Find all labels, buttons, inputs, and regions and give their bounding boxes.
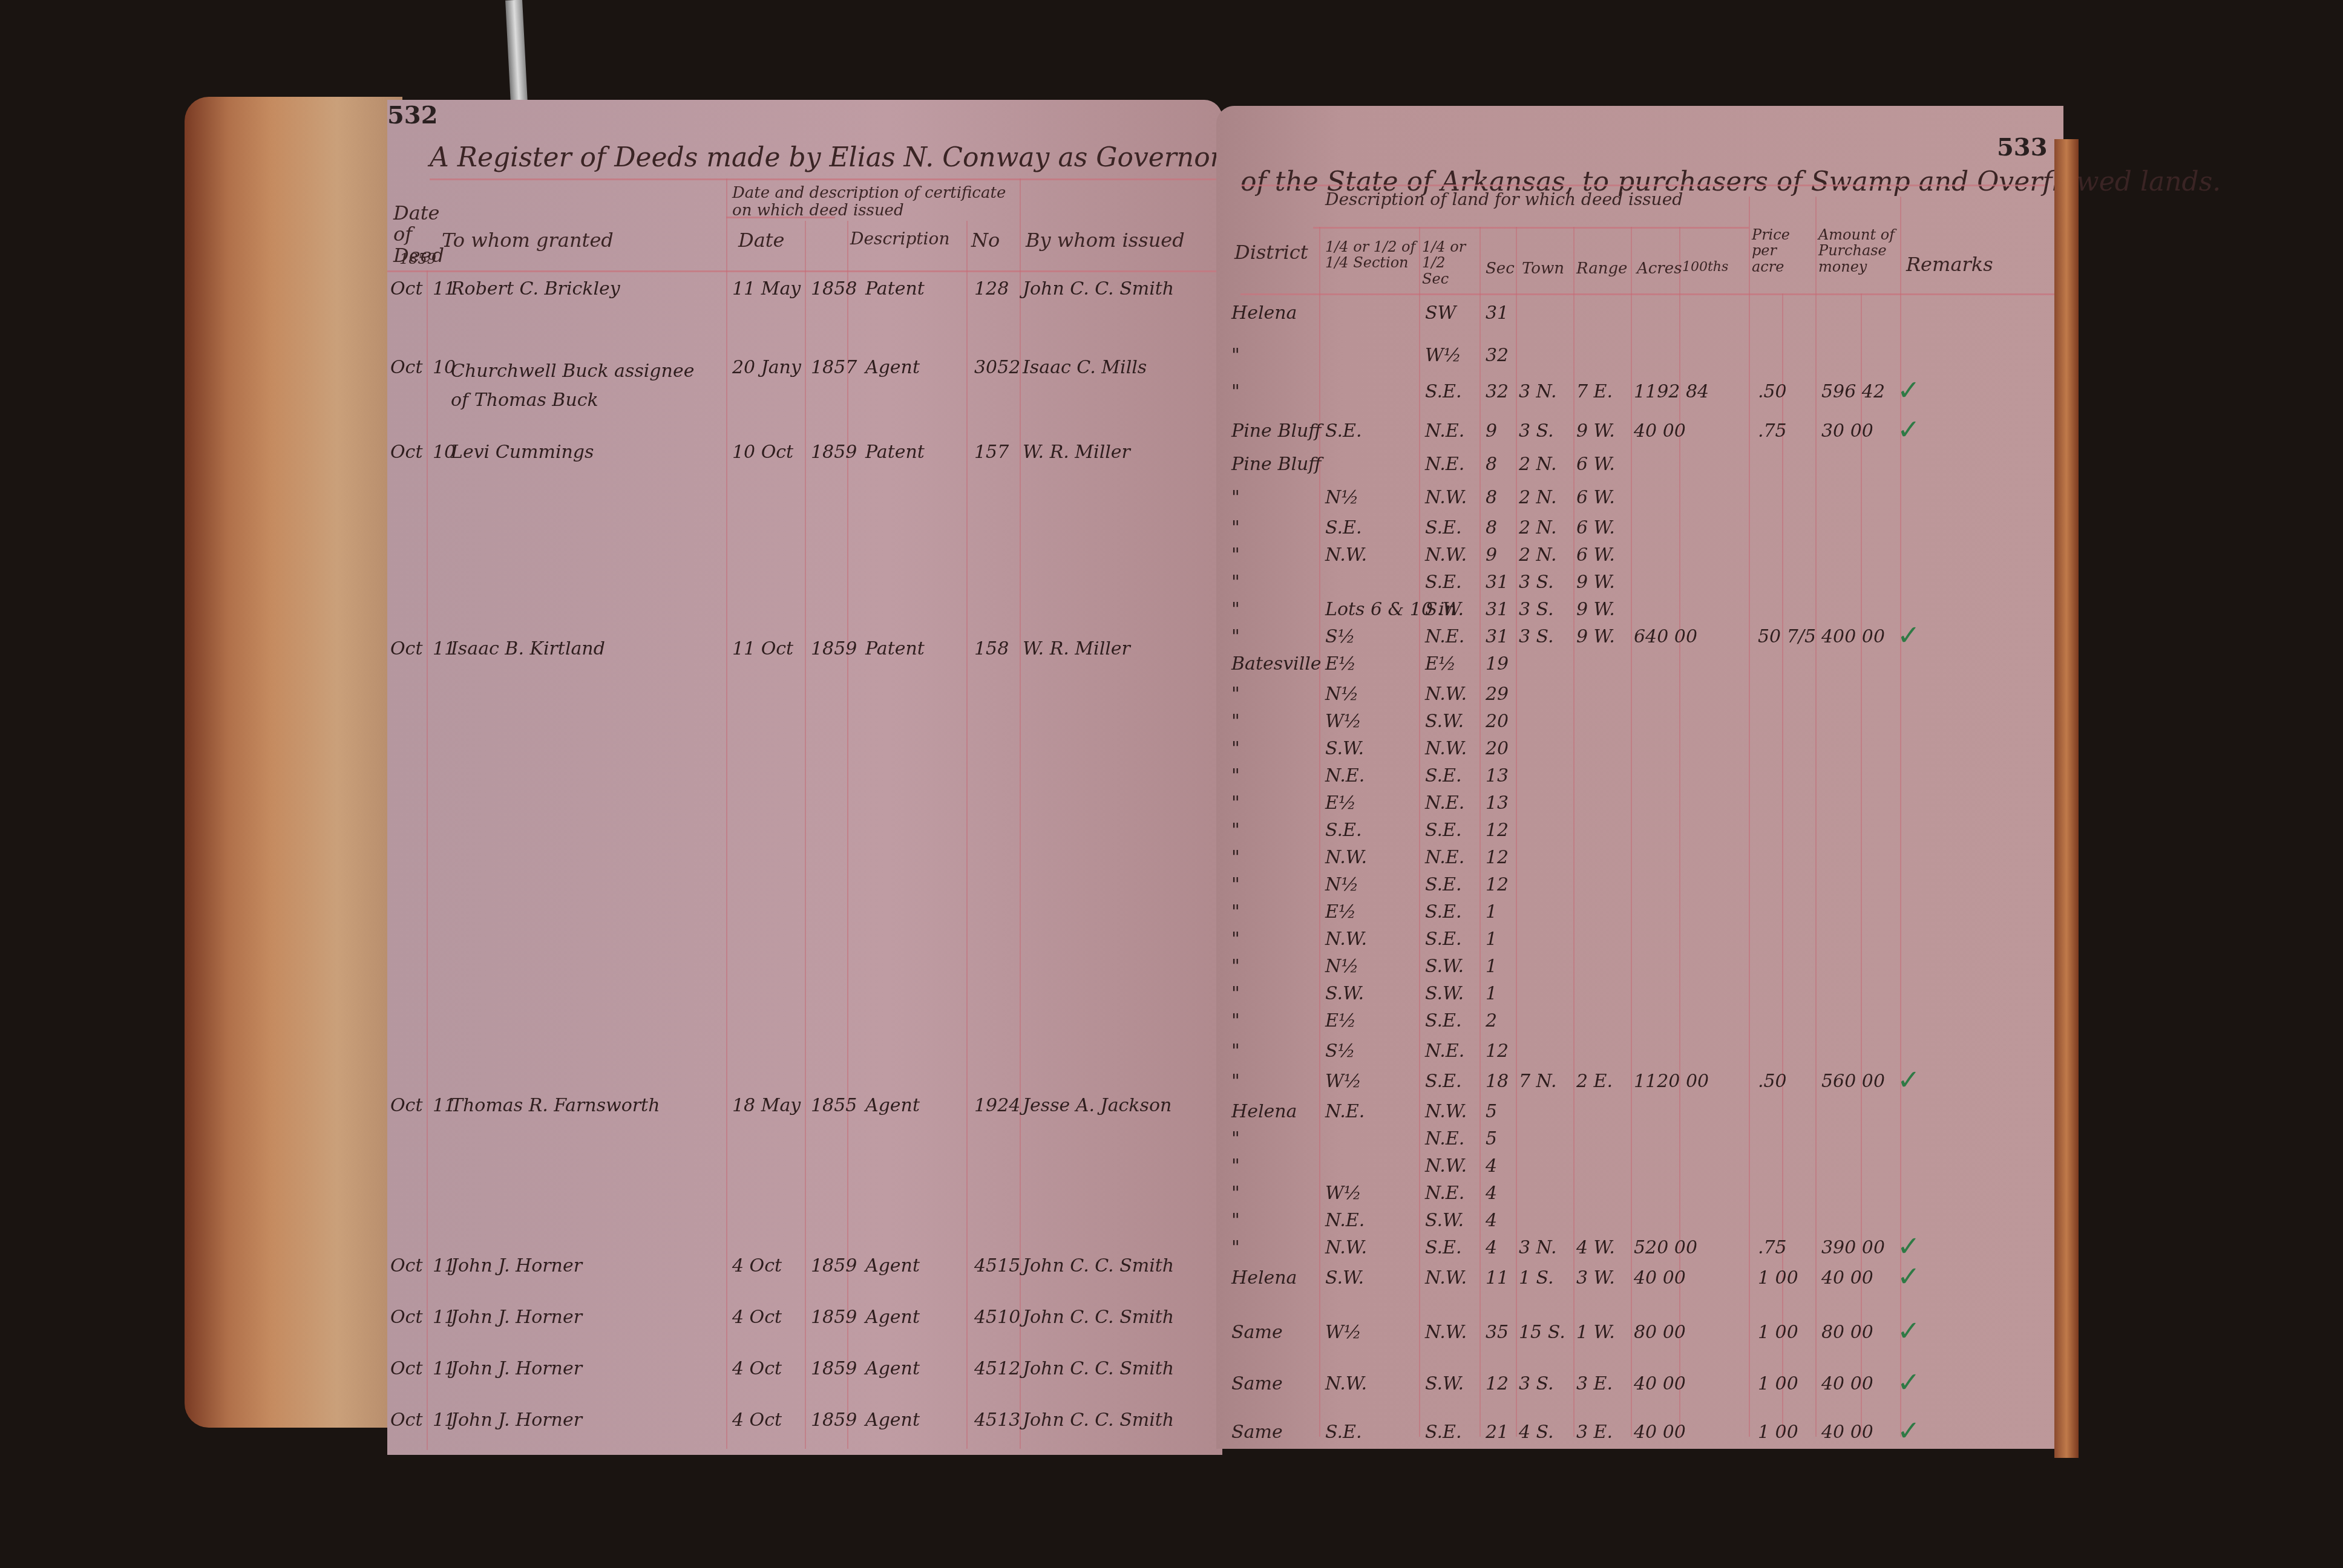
cell-district: " [1231,1071,1240,1092]
cell-town: 2 N. [1519,454,1557,475]
cell-price: 1 00 [1758,1322,1798,1343]
cell-q: S.E. [1425,874,1461,895]
table-row: HelenaN.E.N.W.5 [1216,1101,2063,1125]
cell-q: S.W. [1425,711,1464,732]
cell-district: " [1231,626,1240,647]
cell-district: Same [1231,1422,1283,1443]
cell-district: " [1231,345,1240,366]
cell-q: S.E. [1425,572,1461,593]
cell-qq: S.W. [1325,983,1364,1004]
cell-q: S.W. [1425,983,1464,1004]
cell-sec: 31 [1486,626,1509,647]
cell-qq: S.E. [1325,820,1362,841]
cell-district: " [1231,1040,1240,1062]
cell-sec: 20 [1486,711,1509,732]
cell-sec: 18 [1486,1071,1509,1092]
table-row: Oct11John J. Horner4 Oct1859Agent4510Joh… [387,1307,1222,1331]
cell-sec: 12 [1486,820,1509,841]
cell-district: " [1231,487,1240,508]
table-row: Oct11Isaac B. Kirtland11 Oct1859Patent15… [387,638,1222,662]
cell-range: 3 E. [1576,1422,1613,1443]
check-mark-icon: ✓ [1897,1414,1921,1447]
page-number: 533 [1997,133,2048,162]
cell-district: " [1231,544,1240,566]
check-mark-icon: ✓ [1897,374,1921,407]
cell-range: 9 W. [1576,572,1615,593]
right-page-edge [2054,139,2079,1458]
table-row: "E½S.E.2 [1216,1010,2063,1034]
table-row: "S.E.323 N.7 E.1192 84.50596 42✓ [1216,381,2063,405]
cell-amount: 596 42 [1821,381,1885,402]
cell-range: 2 E. [1576,1071,1613,1092]
cell-district: " [1231,1128,1240,1149]
col-header-remarks: Remarks [1906,254,1993,275]
table-row: Oct10Churchwell Buck assignee of Thomas … [387,357,1222,405]
cell-sec: 12 [1486,874,1509,895]
cell-sec: 20 [1486,738,1509,759]
table-row: Oct11John J. Horner4 Oct1859Agent4515Joh… [387,1255,1222,1279]
cell-sec: 1 [1486,929,1497,950]
cell-acres: 40 00 [1634,1422,1686,1443]
table-row: "S.W.S.W.1 [1216,983,2063,1007]
cell-acres: 640 00 [1634,626,1697,647]
check-mark-icon: ✓ [1897,1260,1921,1293]
cell-qq: S.E. [1325,1422,1362,1443]
cell-amount: 400 00 [1821,626,1885,647]
cell-town: 2 N. [1519,517,1557,538]
table-row: "S.E.313 S.9 W. [1216,572,2063,596]
cell-town: 3 N. [1519,1237,1557,1258]
cell-sec: 21 [1486,1422,1509,1443]
table-row: "N.E.5 [1216,1128,2063,1152]
table-row: HelenaS.W.N.W.111 S.3 W.40 001 0040 00✓ [1216,1267,2063,1292]
cell-qq: W½ [1325,1322,1362,1343]
cell-sec: 4 [1486,1237,1497,1258]
col-header-number: No [971,230,1000,251]
cell-qq: N.E. [1325,1210,1365,1231]
cell-sec: 31 [1486,599,1509,620]
cell-district: " [1231,874,1240,895]
cell-price: 1 00 [1758,1422,1798,1443]
cell-district: " [1231,1155,1240,1177]
cell-acres: 520 00 [1634,1237,1697,1258]
cell-district: " [1231,684,1240,705]
table-row: SameW½N.W.3515 S.1 W.80 001 0080 00✓ [1216,1322,2063,1346]
cell-q: N.W. [1425,487,1467,508]
cell-district: " [1231,1010,1240,1031]
cell-q: N.E. [1425,1128,1464,1149]
cell-q: N.E. [1425,792,1464,814]
cell-q: S.E. [1425,1237,1461,1258]
cell-qq: W½ [1325,711,1362,732]
cell-q: S.E. [1425,901,1461,923]
cell-town: 3 S. [1519,572,1554,593]
table-row: "N½N.W.29 [1216,684,2063,708]
cell-range: 6 W. [1576,454,1615,475]
book-page-edges [185,97,402,1428]
table-row: "N.W.S.E.43 N.4 W.520 00.75390 00✓ [1216,1237,2063,1261]
cell-qq: S.E. [1325,517,1362,538]
cell-q: SW [1425,302,1456,324]
cell-sec: 4 [1486,1183,1497,1204]
cell-district: " [1231,599,1240,620]
table-row: "N.W.4 [1216,1155,2063,1180]
cell-q: S.E. [1425,517,1461,538]
table-row: "S.E.S.E.82 N.6 W. [1216,517,2063,541]
table-row: Oct11John J. Horner4 Oct1859Agent4513Joh… [387,1410,1222,1434]
cell-acres: 1120 00 [1634,1071,1709,1092]
cell-q: S.W. [1425,599,1464,620]
cell-sec: 9 [1486,420,1497,442]
cell-qq: N½ [1325,684,1358,705]
cell-district: " [1231,983,1240,1004]
cell-town: 3 N. [1519,381,1557,402]
table-row: Pine BluffN.E.82 N.6 W. [1216,454,2063,478]
cell-range: 7 E. [1576,381,1613,402]
cell-district: Helena [1231,1267,1297,1289]
cell-district: " [1231,381,1240,402]
col-header-cert-date: Date [738,230,785,251]
cell-town: 3 S. [1519,626,1554,647]
cell-district: " [1231,901,1240,923]
table-row: SameN.W.S.W.123 S.3 E.40 001 0040 00✓ [1216,1373,2063,1397]
cell-range: 6 W. [1576,517,1615,538]
cell-qq: E½ [1325,901,1356,923]
col-header-land-group: Description of land for which deed issue… [1325,191,1683,209]
cell-town: 15 S. [1519,1322,1565,1343]
cell-district: Same [1231,1322,1283,1343]
cell-district: " [1231,1237,1240,1258]
cell-sec: 4 [1486,1210,1497,1231]
cell-qq: N½ [1325,487,1358,508]
cell-q: S.E. [1425,929,1461,950]
cell-sec: 2 [1486,1010,1497,1031]
cell-qq: N½ [1325,956,1358,977]
cell-qq: W½ [1325,1183,1362,1204]
cell-sec: 12 [1486,1373,1509,1394]
table-row: Oct11Thomas R. Farnsworth18 May1855Agent… [387,1095,1222,1119]
cell-range: 3 E. [1576,1373,1613,1394]
cell-q: N.W. [1425,544,1467,566]
cell-sec: 8 [1486,454,1497,475]
cell-sec: 1 [1486,901,1497,923]
cell-price: .75 [1758,420,1787,442]
page-number: 532 [387,101,438,129]
cell-district: " [1231,517,1240,538]
cell-price: .75 [1758,1237,1787,1258]
cell-town: 3 S. [1519,599,1554,620]
cell-amount: 560 00 [1821,1071,1885,1092]
table-row: "N½S.W.1 [1216,956,2063,980]
col-header-description: Description [850,230,949,249]
cell-acres: 40 00 [1634,1267,1686,1289]
cell-district: " [1231,765,1240,786]
cell-q: N.W. [1425,1101,1467,1122]
cell-q: W½ [1425,345,1461,366]
cell-acres: 1192 84 [1634,381,1709,402]
cell-price: 1 00 [1758,1373,1798,1394]
cell-district: " [1231,1210,1240,1231]
cell-q: E½ [1425,653,1456,675]
cell-amount: 30 00 [1821,420,1873,442]
cell-q: N.E. [1425,1183,1464,1204]
col-header-district: District [1234,242,1308,263]
cell-town: 4 S. [1519,1422,1554,1443]
cell-acres: 40 00 [1634,1373,1686,1394]
cell-district: " [1231,792,1240,814]
cell-range: 6 W. [1576,544,1615,566]
cell-price: .50 [1758,1071,1787,1092]
cell-range: 1 W. [1576,1322,1615,1343]
table-row: "N.W.N.E.12 [1216,847,2063,871]
cell-price: .50 [1758,381,1787,402]
col-header-range: Range [1576,260,1627,278]
table-row: Oct11Robert C. Brickley11 May1858Patent1… [387,278,1222,302]
cell-sec: 5 [1486,1101,1497,1122]
cell-district: " [1231,711,1240,732]
table-row: Oct11John J. Horner4 Oct1859Agent4512Joh… [387,1358,1222,1382]
cell-qq: S.W. [1325,738,1364,759]
cell-q: N.W. [1425,1322,1467,1343]
cell-town: 3 S. [1519,420,1554,442]
col-header-year: 1859 [399,251,436,267]
check-mark-icon: ✓ [1897,413,1921,446]
table-row: "S½N.E.313 S.9 W.640 0050 7/5400 00✓ [1216,626,2063,650]
col-header-town: Town [1522,260,1564,278]
cell-amount: 40 00 [1821,1422,1873,1443]
table-row: "W½S.E.187 N.2 E.1120 00.50560 00✓ [1216,1071,2063,1095]
col-header-price: Price per acre [1752,227,1812,275]
cell-sec: 35 [1486,1322,1509,1343]
cell-district: " [1231,929,1240,950]
cell-qq: S½ [1325,1040,1355,1062]
cell-town: 1 S. [1519,1267,1554,1289]
table-row: Pine BluffS.E.N.E.93 S.9 W.40 00.7530 00… [1216,420,2063,445]
cell-q: S.E. [1425,1422,1461,1443]
cell-q: N.E. [1425,1040,1464,1062]
cell-district: " [1231,847,1240,868]
cell-range: 9 W. [1576,599,1615,620]
cell-acres: 40 00 [1634,420,1686,442]
col-header-sec: Sec [1486,260,1515,278]
cell-sec: 4 [1486,1155,1497,1177]
check-mark-icon: ✓ [1897,1230,1921,1263]
cell-qq: E½ [1325,792,1356,814]
table-row: "W½S.W.20 [1216,711,2063,735]
cell-range: 9 W. [1576,420,1615,442]
check-mark-icon: ✓ [1897,1366,1921,1399]
cell-sec: 29 [1486,684,1509,705]
table-row: BatesvilleE½E½19 [1216,653,2063,678]
cell-range: 3 W. [1576,1267,1615,1289]
cell-q: S.W. [1425,956,1464,977]
cell-district: " [1231,738,1240,759]
cell-qq: W½ [1325,1071,1362,1092]
cell-district: Helena [1231,302,1297,324]
cell-sec: 31 [1486,302,1509,324]
cell-amount: 40 00 [1821,1373,1873,1394]
cell-district: Same [1231,1373,1283,1394]
cell-sec: 19 [1486,653,1509,675]
cell-sec: 13 [1486,792,1509,814]
check-mark-icon: ✓ [1897,1315,1921,1347]
col-header-amount: Amount of Purchase money [1818,227,1897,275]
col-header-quarter-sec: 1/4 or 1/2 Sec [1422,239,1476,287]
cell-sec: 12 [1486,1040,1509,1062]
cell-district: Pine Bluff [1231,454,1322,475]
cell-price: 50 7/5 [1758,626,1816,647]
cell-qq: N.E. [1325,765,1365,786]
cell-q: N.W. [1425,1155,1467,1177]
table-row: "N½N.W.82 N.6 W. [1216,487,2063,511]
col-header-acres: Acres [1637,260,1682,278]
table-row: "S.E.S.E.12 [1216,820,2063,844]
cell-q: S.E. [1425,820,1461,841]
cell-district: " [1231,1183,1240,1204]
col-header-quarter-of-quarter: 1/4 or 1/2 of 1/4 Section [1325,239,1416,271]
cell-qq: E½ [1325,1010,1356,1031]
table-row: "N.W.N.W.92 N.6 W. [1216,544,2063,569]
col-header-certificate-group: Date and description of certificate on w… [732,185,1017,219]
cell-q: N.E. [1425,626,1464,647]
table-row: "W½32 [1216,345,2063,369]
cell-town: 7 N. [1519,1071,1557,1092]
register-title: A Register of Deeds made by Elias N. Con… [430,142,1223,173]
cell-q: N.E. [1425,847,1464,868]
cell-sec: 8 [1486,487,1497,508]
cell-sec: 1 [1486,956,1497,977]
cell-q: S.W. [1425,1373,1464,1394]
cell-qq: N.W. [1325,1373,1367,1394]
cell-district: Helena [1231,1101,1297,1122]
col-header-to-whom-granted: To whom granted [442,230,614,251]
cell-price: 1 00 [1758,1267,1798,1289]
cell-sec: 32 [1486,381,1509,402]
cell-q: S.E. [1425,381,1461,402]
cell-sec: 13 [1486,765,1509,786]
table-row: "N.E.S.W.4 [1216,1210,2063,1234]
cell-sec: 11 [1486,1267,1509,1289]
cell-qq: N.W. [1325,544,1367,566]
cell-sec: 5 [1486,1128,1497,1149]
cell-qq: S.W. [1325,1267,1364,1289]
table-row: Oct10Levi Cummings10 Oct1859Patent157W. … [387,442,1222,466]
check-mark-icon: ✓ [1897,619,1921,652]
cell-town: 3 S. [1519,1373,1554,1394]
cell-range: 6 W. [1576,487,1615,508]
cell-amount: 80 00 [1821,1322,1873,1343]
col-header-hundredths: 100ths [1682,260,1728,275]
table-row: "S.W.N.W.20 [1216,738,2063,762]
right-page: 533 of the State of Arkansas, to purchas… [1216,106,2063,1449]
table-row: SameS.E.S.E.214 S.3 E.40 001 0040 00✓ [1216,1422,2063,1446]
table-row: HelenaSW31 [1216,302,2063,327]
cell-qq: N.E. [1325,1101,1365,1122]
cell-qq: S½ [1325,626,1355,647]
cell-sec: 31 [1486,572,1509,593]
cell-q: S.E. [1425,1071,1461,1092]
cell-qq: N.W. [1325,929,1367,950]
cell-district: " [1231,820,1240,841]
table-row: "N.W.S.E.1 [1216,929,2063,953]
table-row: "E½S.E.1 [1216,901,2063,926]
cell-sec: 8 [1486,517,1497,538]
cell-qq: E½ [1325,653,1356,675]
cell-district: " [1231,572,1240,593]
cell-sec: 12 [1486,847,1509,868]
left-page: 532 A Register of Deeds made by Elias N.… [387,100,1222,1455]
check-mark-icon: ✓ [1897,1063,1921,1096]
cell-sec: 32 [1486,345,1509,366]
cell-range: 4 W. [1576,1237,1615,1258]
page-clip [505,0,528,116]
cell-district: Pine Bluff [1231,420,1322,442]
cell-q: N.W. [1425,1267,1467,1289]
cell-q: N.E. [1425,454,1464,475]
cell-qq: N.W. [1325,847,1367,868]
col-header-by-whom-issued: By whom issued [1026,230,1185,251]
table-row: "E½N.E.13 [1216,792,2063,817]
cell-qq: N.W. [1325,1237,1367,1258]
cell-range: 9 W. [1576,626,1615,647]
cell-district: " [1231,956,1240,977]
cell-q: N.W. [1425,738,1467,759]
table-row: "N.E.S.E.13 [1216,765,2063,789]
cell-q: S.E. [1425,765,1461,786]
table-row: "Lots 6 & 10 inS.W.313 S.9 W. [1216,599,2063,623]
cell-district: Batesville [1231,653,1322,675]
table-row: "N½S.E.12 [1216,874,2063,898]
cell-town: 2 N. [1519,544,1557,566]
cell-qq: N½ [1325,874,1358,895]
table-row: "W½N.E.4 [1216,1183,2063,1207]
cell-amount: 40 00 [1821,1267,1873,1289]
cell-sec: 1 [1486,983,1497,1004]
cell-sec: 9 [1486,544,1497,566]
cell-q: S.E. [1425,1010,1461,1031]
cell-q: N.W. [1425,684,1467,705]
cell-town: 2 N. [1519,487,1557,508]
cell-q: N.E. [1425,420,1464,442]
cell-acres: 80 00 [1634,1322,1686,1343]
cell-amount: 390 00 [1821,1237,1885,1258]
table-row: "S½N.E.12 [1216,1040,2063,1065]
cell-q: S.W. [1425,1210,1464,1231]
cell-qq: S.E. [1325,420,1362,442]
